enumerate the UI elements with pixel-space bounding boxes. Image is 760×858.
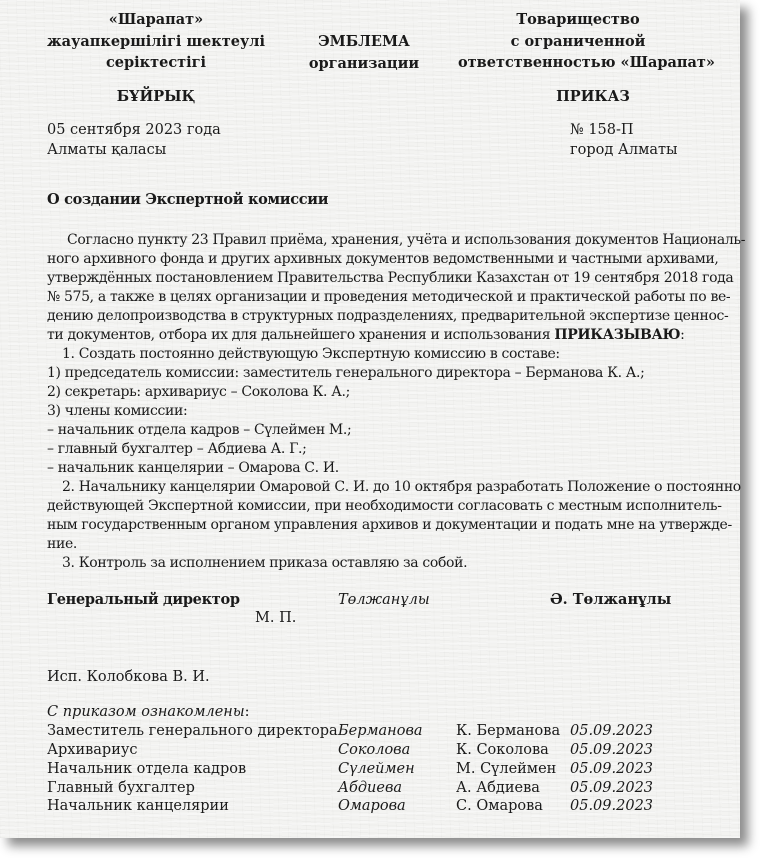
acquaintance-signature: Омарова (338, 797, 406, 816)
signatory-name: Ә. Төлжанұлы (550, 590, 671, 610)
acquaintance-heading-colon: : (245, 704, 250, 720)
body-line: утверждённых постановлением Правительств… (47, 269, 715, 288)
org-name-kazakh-line: серіктестігі (40, 52, 272, 74)
acquaintance-date: 05.09.2023 (570, 760, 653, 779)
order-item-3: 3. Контроль за исполнением приказа остав… (62, 554, 730, 573)
acquaintance-row: Начальник канцелярии Омарова С. Омарова … (47, 797, 667, 816)
acquaintance-signature: Берманова (338, 722, 423, 741)
committee-member: – начальник канцелярии – Омарова С. И. (47, 459, 715, 478)
acquaintance-date: 05.09.2023 (570, 741, 653, 760)
signatory-position: Генеральный директор (47, 590, 240, 610)
acquaintance-position: Архивариус (47, 741, 138, 760)
body-line-text: ти документов, отбора их для дальнейшего… (47, 327, 554, 343)
doc-type-kazakh: БҰЙРЫҚ (40, 86, 272, 108)
acquaintance-position: Начальник канцелярии (47, 797, 229, 816)
committee-chair: 1) председатель комиссии: заместитель ге… (47, 364, 715, 383)
document-number: № 158-П (570, 120, 634, 140)
emblem-label: ЭМБЛЕМА (302, 31, 426, 53)
acquaintance-position: Главный бухгалтер (47, 779, 195, 798)
acquaintance-heading: С приказом ознакомлены: (47, 703, 250, 722)
doc-type-russian: ПРИКАЗ (538, 86, 648, 108)
executor: Исп. Колобкова В. И. (47, 667, 210, 687)
document-date: 05 сентября 2023 года (47, 120, 221, 140)
emblem-label: организации (302, 53, 426, 75)
committee-members-heading: 3) члены комиссии: (47, 402, 715, 421)
org-name-russian: Товарищество с ограниченной ответственно… (458, 9, 698, 74)
acquaintance-signature: Сүлеймен (338, 760, 415, 779)
acquaintance-name: М. Сүлеймен (456, 760, 556, 779)
document-title: О создании Экспертной комиссии (47, 190, 328, 210)
order-item-2-line: действующей Экспертной комиссии, при нео… (47, 497, 715, 516)
acquaintance-name: К. Берманова (456, 722, 560, 741)
body-line-punct: : (680, 327, 684, 343)
acquaintance-position: Начальник отдела кадров (47, 760, 246, 779)
acquaintance-signature: Абдиева (338, 779, 402, 798)
committee-member: – главный бухгалтер – Абдиева А. Г.; (47, 440, 715, 459)
acquaintance-row: Заместитель генерального директора Берма… (47, 722, 667, 741)
acquaintance-date: 05.09.2023 (570, 779, 653, 798)
body-line-text: Согласно пункту 23 Правил приёма, хранен… (67, 231, 715, 250)
acquaintance-name: К. Соколова (456, 741, 549, 760)
acquaintance-position: Заместитель генерального директора (47, 722, 338, 741)
order-item-2-line: ние. (47, 535, 715, 554)
acquaintance-heading-text: С приказом ознакомлены (47, 704, 245, 720)
acquaintance-name: С. Омарова (456, 797, 543, 816)
acquaintance-row: Главный бухгалтер Абдиева А. Абдиева 05.… (47, 779, 667, 798)
acquaintance-date: 05.09.2023 (570, 722, 653, 741)
organization-emblem-placeholder: ЭМБЛЕМА организации (302, 31, 426, 74)
document-city-kazakh: Алматы қаласы (47, 140, 166, 160)
document-page: «Шарапат» жауапкершілігі шектеулі серікт… (0, 0, 740, 838)
org-name-kazakh-line: «Шарапат» (40, 9, 272, 31)
acquaintance-row: Начальник отдела кадров Сүлеймен М. Сүле… (47, 760, 667, 779)
org-name-russian-line: с ограниченной (458, 31, 698, 53)
document-city-russian: город Алматы (570, 140, 678, 160)
signatory-handwritten-signature: Төлжанұлы (338, 590, 430, 610)
acquaintance-name: А. Абдиева (456, 779, 540, 798)
acquaintance-signature: Соколова (338, 741, 410, 760)
body-line-text: 2. Начальнику канцелярии Омаровой С. И. … (62, 478, 715, 497)
order-item-2-line: ным государственным органом управления а… (47, 516, 715, 535)
body-line: Согласно пункту 23 Правил приёма, хранен… (47, 231, 715, 250)
order-keyword: ПРИКАЗЫВАЮ (554, 327, 680, 343)
org-name-kazakh: «Шарапат» жауапкершілігі шектеулі серікт… (40, 9, 272, 74)
order-item-2: 2. Начальнику канцелярии Омаровой С. И. … (47, 478, 715, 497)
body-line: № 575, а также в целях организации и про… (47, 288, 715, 307)
body-line: дению делопроизводства в структурных под… (47, 307, 715, 326)
org-name-russian-line: Товарищество (458, 9, 698, 31)
order-item-1: 1. Создать постоянно действующую Эксперт… (62, 345, 730, 364)
seal-placeholder: М. П. (255, 608, 296, 628)
committee-secretary: 2) секретарь: архивариус – Соколова К. А… (47, 383, 715, 402)
body-line: ти документов, отбора их для дальнейшего… (47, 326, 715, 345)
acquaintance-date: 05.09.2023 (570, 797, 653, 816)
acquaintance-row: Архивариус Соколова К. Соколова 05.09.20… (47, 741, 667, 760)
org-name-russian-line: ответственностью «Шарапат» (458, 52, 698, 74)
committee-member: – начальник отдела кадров – Сүлеймен М.; (47, 421, 715, 440)
org-name-kazakh-line: жауапкершілігі шектеулі (40, 31, 272, 53)
body-line: ного архивного фонда и других архивных д… (47, 250, 715, 269)
